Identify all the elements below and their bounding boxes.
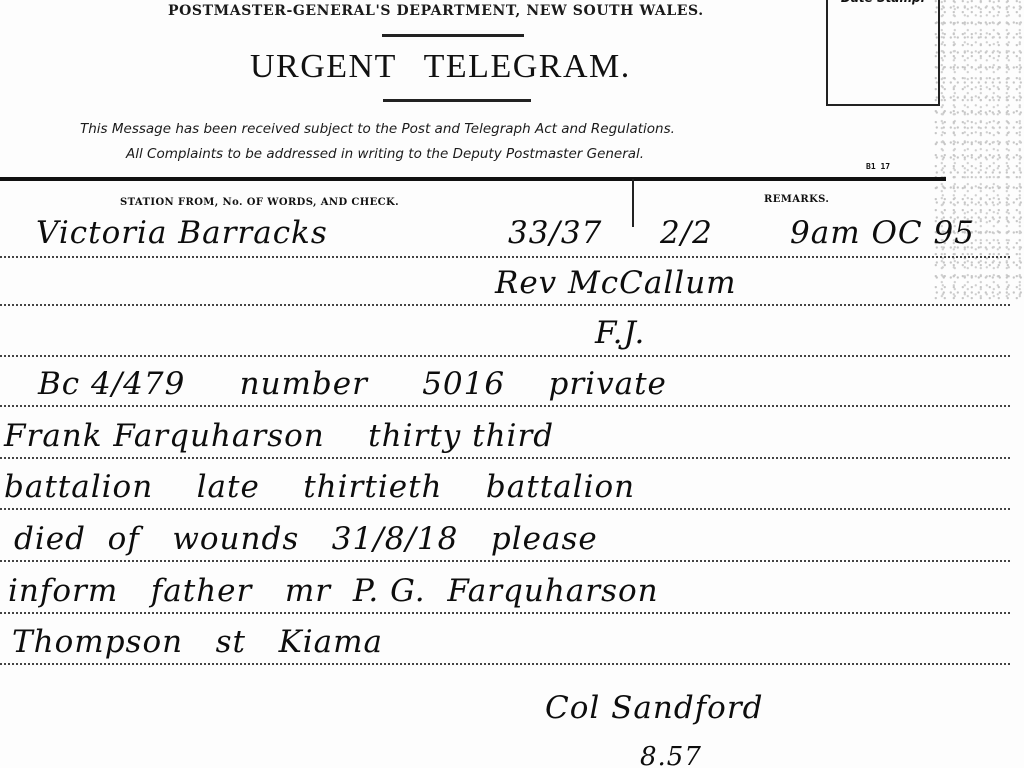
date-stamp-box: Date Stamp. [826,0,940,106]
column-header-station: STATION FROM, No. OF WORDS, AND CHECK. [120,197,399,208]
words-check: 33/37 [508,215,602,251]
writing-line [0,560,1010,562]
footer-number: 8.57 [640,742,702,768]
remarks-time: 9am OC 95 [790,215,975,251]
notice-line-2: All Complaints to be addressed in writin… [126,146,644,162]
title-rule-bottom [383,99,531,102]
message-line: Frank Farquharson thirty third [4,418,554,454]
message-line: died of wounds 31/8/18 please [14,521,598,557]
form-code: B1 17 [866,162,890,171]
column-divider [632,179,634,227]
writing-line [0,304,1010,306]
paper-speckle [934,0,1024,300]
notice-line-1: This Message has been received subject t… [80,121,675,137]
date-stamp-label: Date Stamp. [828,0,938,5]
signature: Col Sandford [545,690,763,726]
remarks-page: 2/2 [660,215,713,251]
message-line: Thompson st Kiama [12,624,383,660]
recipient-initials: F.J. [595,315,645,351]
message-line: battalion late thirtieth battalion [4,469,635,505]
column-header-remarks: REMARKS. [764,194,829,205]
writing-line [0,405,1010,407]
title-rule-top [382,34,524,37]
station-from: Victoria Barracks [36,215,328,251]
message-line: Bc 4/479 number 5016 private [38,366,667,402]
writing-line [0,457,1010,459]
telegram-title: URGENT TELEGRAM. [250,48,710,86]
writing-line [0,256,1010,258]
writing-line [0,355,1010,357]
writing-line [0,612,1010,614]
writing-line [0,508,1010,510]
department-heading: POSTMASTER-GENERAL'S DEPARTMENT, NEW SOU… [168,3,773,19]
header-rule [0,177,946,181]
recipient: Rev McCallum [495,265,737,301]
writing-line [0,663,1010,665]
message-line: inform father mr P. G. Farquharson [8,573,659,609]
